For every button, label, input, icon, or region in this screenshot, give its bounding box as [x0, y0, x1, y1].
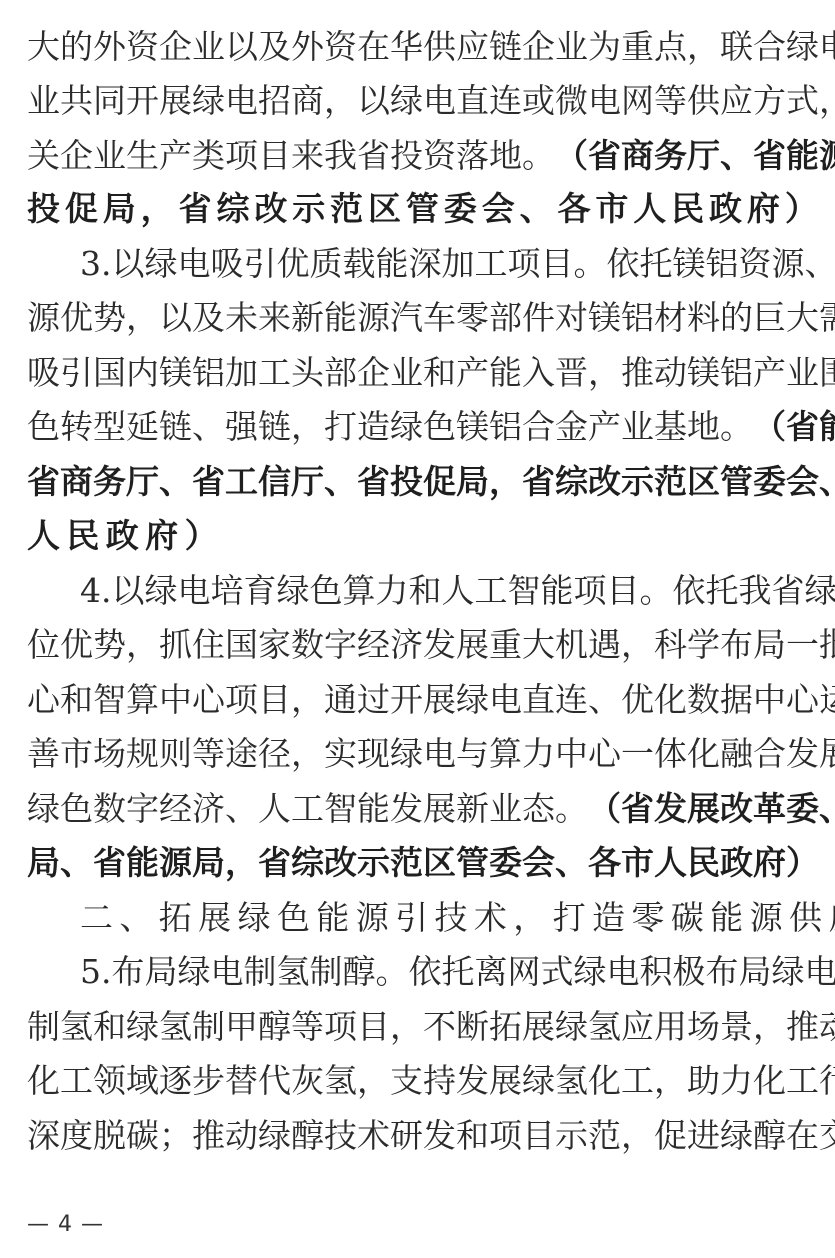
text-line: 绿色数字经济、人工智能发展新业态。绿色数字经济、人工智能发展新业态。（省发展改革… [27, 787, 818, 831]
text-line: 4.以绿电培育绿色算力和人工智能项目。依托我省绿电和区4.以绿电培育绿色算力和人… [80, 569, 818, 613]
text-line: 色转型延链、强链，打造绿色镁铝合金产业基地。色转型延链、强链，打造绿色镁铝合金产… [27, 405, 818, 449]
text-line: 关企业生产类项目来我省投资落地。关企业生产类项目来我省投资落地。（省商务厅、省能… [27, 134, 818, 178]
text-line: 吸引国内镁铝加工头部企业和产能入晋，推动镁铝产业围绕绿吸引国内镁铝加工头部企业和… [27, 351, 818, 395]
text-line: 深度脱碳；推动绿醇技术研发和项目示范，促进绿醇在交通、工深度脱碳；推动绿醇技术研… [27, 1114, 818, 1158]
text-line: 化工领域逐步替代灰氢，支持发展绿氢化工，助力化工行业实现化工领域逐步替代灰氢，支… [27, 1059, 818, 1103]
text-line: 位优势，抓住国家数字经济发展重大机遇，科学布局一批算力中位优势，抓住国家数字经济… [27, 623, 818, 667]
text-line: 大的外资企业以及外资在华供应链企业为重点，联合绿电开发企大的外资企业以及外资在华… [27, 25, 818, 69]
document-page: 大的外资企业以及外资在华供应链企业为重点，联合绿电开发企大的外资企业以及外资在华… [0, 0, 835, 1258]
text-line: 人民政府） [27, 514, 818, 558]
text-line: 省商务厅、省工信厅、省投促局，省综改示范区管委会、各市 [27, 460, 818, 504]
text-line: 局、省能源局，省综改示范区管委会、各市人民政府） [27, 841, 818, 885]
text-line: 心和智算中心项目，通过开展绿电直连、优化数据中心运行、完心和智算中心项目，通过开… [27, 678, 818, 722]
text-line: 投促局，省综改示范区管委会、各市人民政府） [27, 187, 818, 231]
page-number: — 4 — [27, 1212, 104, 1237]
text-line: 制氢和绿氢制甲醇等项目，不断拓展绿氢应用场景，推动绿氢在制氢和绿氢制甲醇等项目，… [27, 1005, 818, 1049]
text-line: 源优势，以及未来新能源汽车零部件对镁铝材料的巨大需求，源优势，以及未来新能源汽车… [27, 296, 818, 340]
text-line: 5.布局绿电制氢制醇。依托离网式绿电积极布局绿电电解水5.布局绿电制氢制醇。依托… [80, 950, 818, 994]
text-line: 业共同开展绿电招商，以绿电直连或微电网等供应方式，吸引相业共同开展绿电招商，以绿… [27, 79, 818, 123]
text-line: 善市场规则等途径，实现绿电与算力中心一体化融合发展，培育善市场规则等途径，实现绿… [27, 732, 818, 776]
section-heading-line: 二、拓展绿色能源引技术，打造零碳能源供应新体系二、拓展绿色能源引技术，打造零碳能… [80, 896, 818, 940]
text-line: 3.以绿电吸引优质载能深加工项目。依托镁铝资源、绿电资3.以绿电吸引优质载能深加… [80, 242, 818, 286]
